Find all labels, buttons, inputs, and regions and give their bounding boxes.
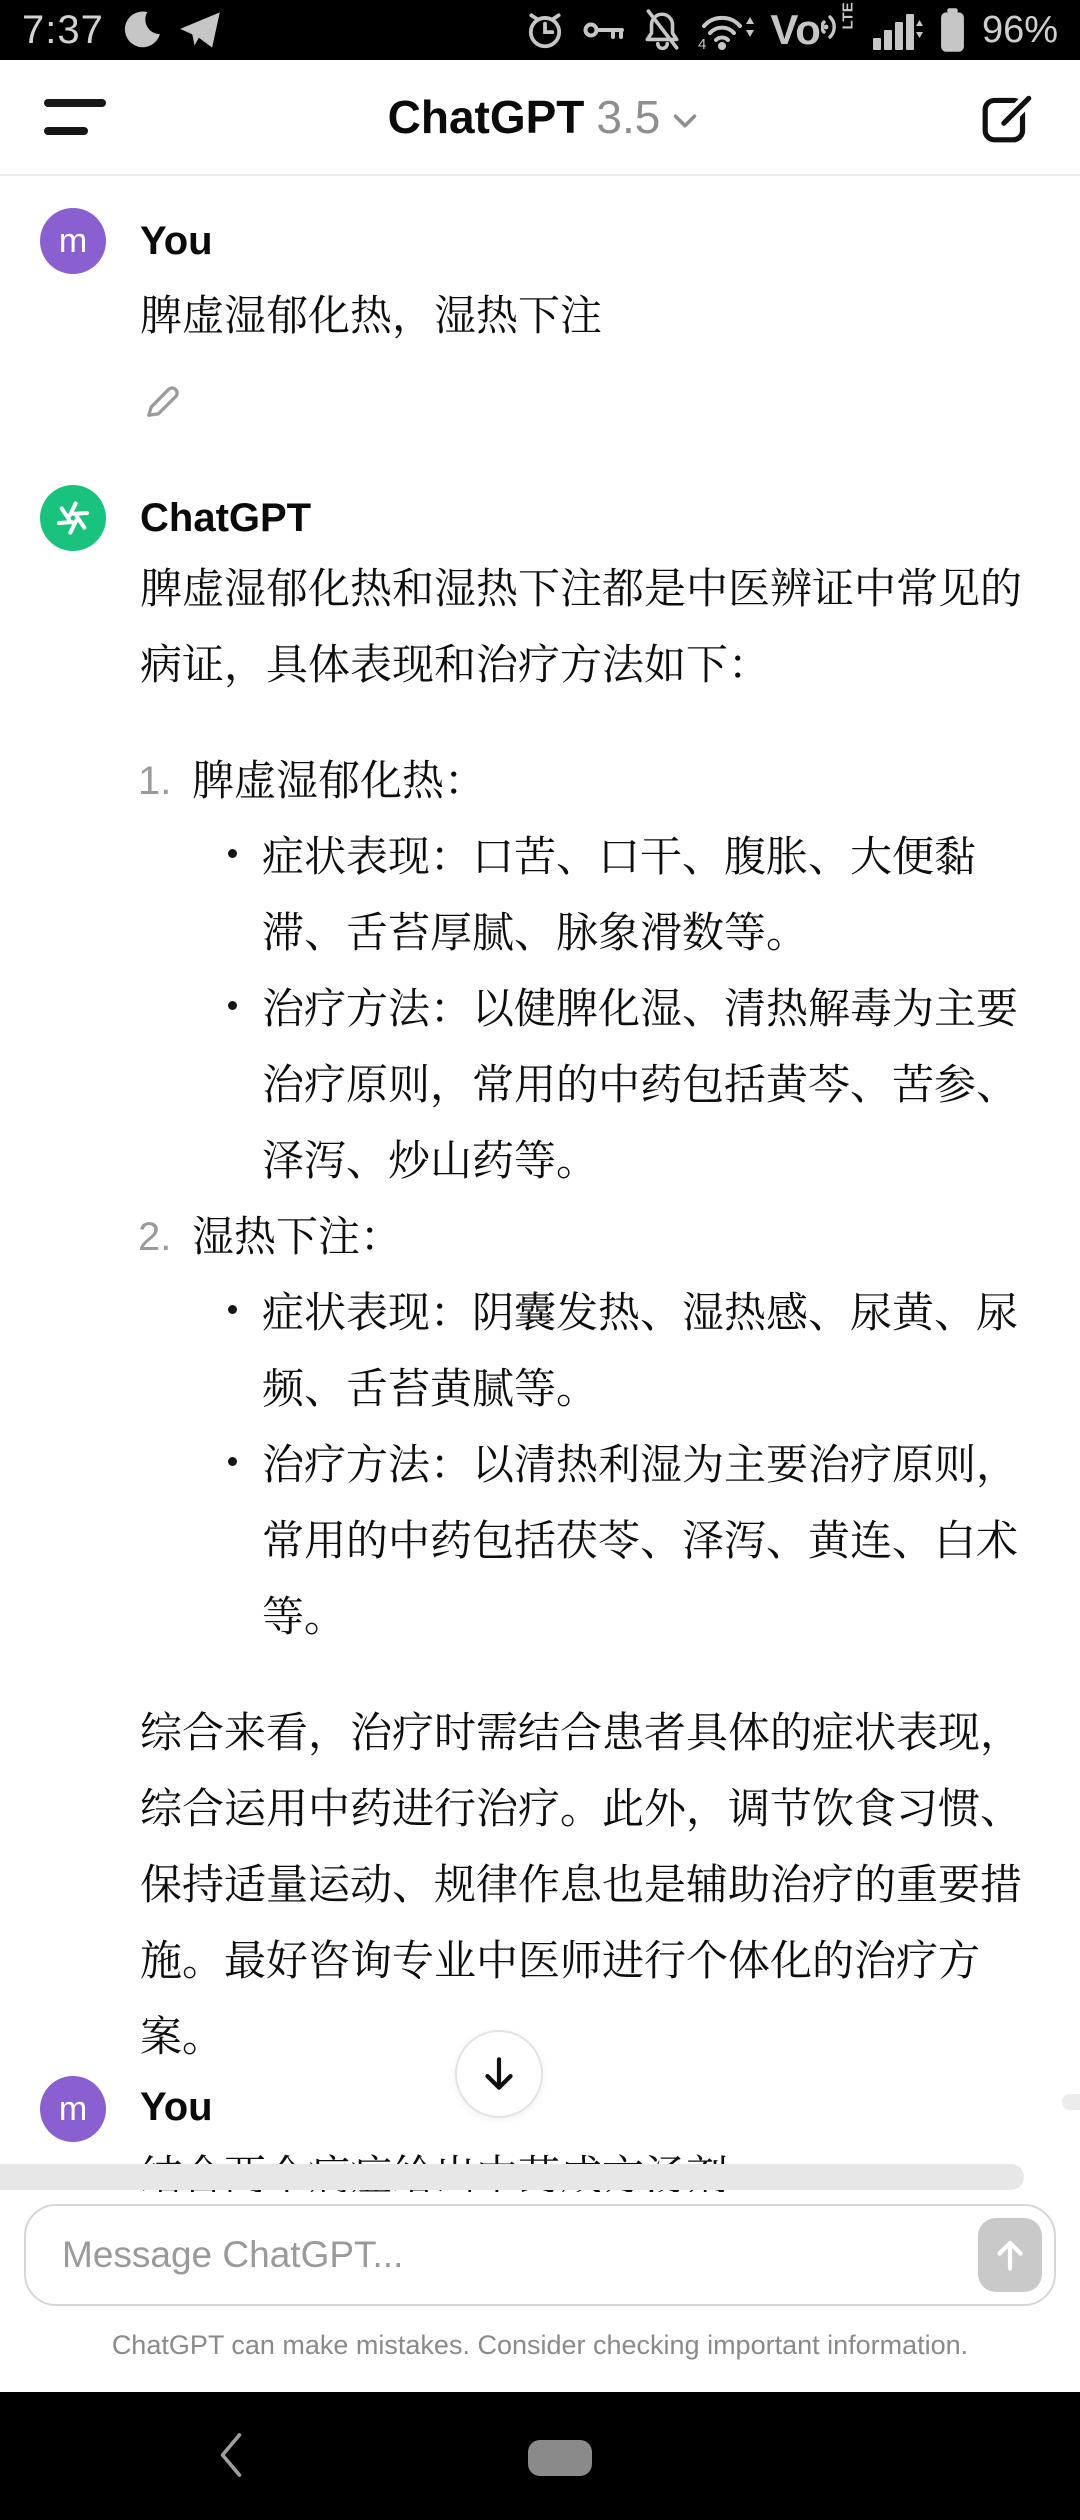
battery-percent: 96% bbox=[982, 9, 1058, 52]
bullet-icon bbox=[228, 1457, 237, 1466]
app-title: ChatGPT bbox=[388, 90, 585, 144]
status-bar-left: 7:37 bbox=[22, 8, 222, 53]
list-item: 2. 湿热下注： 症状表现：阴囊发热、湿热感、尿黄、尿频、舌苔黄腻等。 治疗方法… bbox=[140, 1199, 1030, 1655]
bullet-icon bbox=[228, 1001, 237, 1010]
sender-name: You bbox=[140, 208, 1030, 274]
bullet-icon bbox=[228, 1305, 237, 1314]
svg-text:4: 4 bbox=[698, 36, 706, 51]
assistant-intro-paragraph: 脾虚湿郁化热和湿热下注都是中医辨证中常见的病证，具体表现和治疗方法如下： bbox=[140, 551, 1030, 703]
bullet-text: 症状表现：阴囊发热、湿热感、尿黄、尿频、舌苔黄腻等。 bbox=[262, 1275, 1030, 1427]
avatar-letter: m bbox=[59, 2090, 87, 2129]
user-avatar: m bbox=[40, 208, 106, 274]
night-mode-moon-icon bbox=[120, 9, 162, 51]
status-bar-right: 4 Vo LTE 96% bbox=[524, 8, 1058, 52]
list-item-title: 湿热下注： bbox=[192, 1199, 1030, 1275]
battery-icon bbox=[939, 8, 966, 52]
bullet-item: 治疗方法：以清热利湿为主要治疗原则，常用的中药包括茯苓、泽泻、黄连、白术等。 bbox=[192, 1427, 1030, 1655]
volte-icon: Vo LTE bbox=[770, 10, 855, 50]
chatgpt-avatar bbox=[40, 485, 106, 551]
wifi-icon: 4 bbox=[698, 9, 754, 51]
openai-logo-icon bbox=[51, 496, 95, 540]
bottom-sheet-drag-bar[interactable] bbox=[0, 2164, 1024, 2190]
assistant-message: ChatGPT 脾虚湿郁化热和湿热下注都是中医辨证中常见的病证，具体表现和治疗方… bbox=[40, 485, 1030, 2145]
bullet-text: 治疗方法：以健脾化湿、清热解毒为主要治疗原则，常用的中药包括黄芩、苦参、泽泻、炒… bbox=[262, 971, 1030, 1199]
user-avatar: m bbox=[40, 2076, 106, 2142]
status-bar: 7:37 bbox=[0, 0, 1080, 60]
android-navigation-bar bbox=[0, 2392, 1080, 2520]
bullet-item: 治疗方法：以健脾化湿、清热解毒为主要治疗原则，常用的中药包括黄芩、苦参、泽泻、炒… bbox=[192, 971, 1030, 1199]
app-header: ChatGPT 3.5 bbox=[0, 60, 1080, 176]
list-item: 1. 脾虚湿郁化热： 症状表现：口苦、口干、腹胀、大便黏滞、舌苔厚腻、脉象滑数等… bbox=[140, 743, 1030, 1199]
message-input-container bbox=[24, 2204, 1056, 2306]
list-number: 1. bbox=[138, 743, 171, 819]
edit-message-button[interactable] bbox=[140, 380, 184, 424]
clock-time: 7:37 bbox=[22, 8, 104, 53]
new-chat-button[interactable] bbox=[980, 89, 1036, 145]
sender-name: ChatGPT bbox=[140, 485, 1030, 551]
user-message: m You 脾虚湿郁化热，湿热下注 bbox=[40, 208, 1030, 429]
menu-bar-icon bbox=[44, 99, 106, 107]
bullet-text: 治疗方法：以清热利湿为主要治疗原则，常用的中药包括茯苓、泽泻、黄连、白术等。 bbox=[262, 1427, 1030, 1655]
list-number: 2. bbox=[138, 1199, 171, 1275]
scrollbar-thumb[interactable] bbox=[1062, 2094, 1080, 2110]
send-button[interactable] bbox=[978, 2218, 1042, 2292]
model-selector[interactable]: ChatGPT 3.5 bbox=[388, 90, 699, 144]
disclaimer-text: ChatGPT can make mistakes. Consider chec… bbox=[0, 2330, 1080, 2361]
composer-panel: ChatGPT can make mistakes. Consider chec… bbox=[0, 2192, 1080, 2392]
bullet-item: 症状表现：阴囊发热、湿热感、尿黄、尿频、舌苔黄腻等。 bbox=[192, 1275, 1030, 1427]
back-button[interactable] bbox=[212, 2428, 250, 2482]
signal-strength-icon bbox=[871, 9, 923, 51]
model-version: 3.5 bbox=[596, 90, 660, 144]
vpn-key-icon bbox=[582, 17, 626, 43]
notifications-muted-icon bbox=[642, 9, 682, 51]
menu-button[interactable] bbox=[44, 99, 106, 135]
telegram-notification-icon bbox=[178, 10, 222, 50]
list-item-title: 脾虚湿郁化热： bbox=[192, 743, 1030, 819]
message-input[interactable] bbox=[60, 2233, 978, 2277]
avatar-letter: m bbox=[59, 222, 87, 261]
sender-name: You bbox=[140, 2076, 1030, 2138]
scroll-to-bottom-button[interactable] bbox=[455, 2030, 543, 2118]
bullet-icon bbox=[228, 849, 237, 858]
phone-screen: 7:37 bbox=[0, 0, 1080, 2520]
alarm-clock-icon bbox=[524, 9, 566, 51]
chevron-down-icon bbox=[672, 112, 698, 130]
chat-scroll-area[interactable]: m You 脾虚湿郁化热，湿热下注 bbox=[0, 178, 1080, 2192]
assistant-conclusion-paragraph: 综合来看，治疗时需结合患者具体的症状表现，综合运用中药进行治疗。此外，调节饮食习… bbox=[140, 1695, 1030, 2075]
user-message-text: 脾虚湿郁化热，湿热下注 bbox=[140, 286, 1030, 346]
home-pill-button[interactable] bbox=[528, 2440, 592, 2476]
bullet-item: 症状表现：口苦、口干、腹胀、大便黏滞、舌苔厚腻、脉象滑数等。 bbox=[192, 819, 1030, 971]
bullet-text: 症状表现：口苦、口干、腹胀、大便黏滞、舌苔厚腻、脉象滑数等。 bbox=[262, 819, 1030, 971]
menu-bar-icon bbox=[44, 127, 88, 135]
